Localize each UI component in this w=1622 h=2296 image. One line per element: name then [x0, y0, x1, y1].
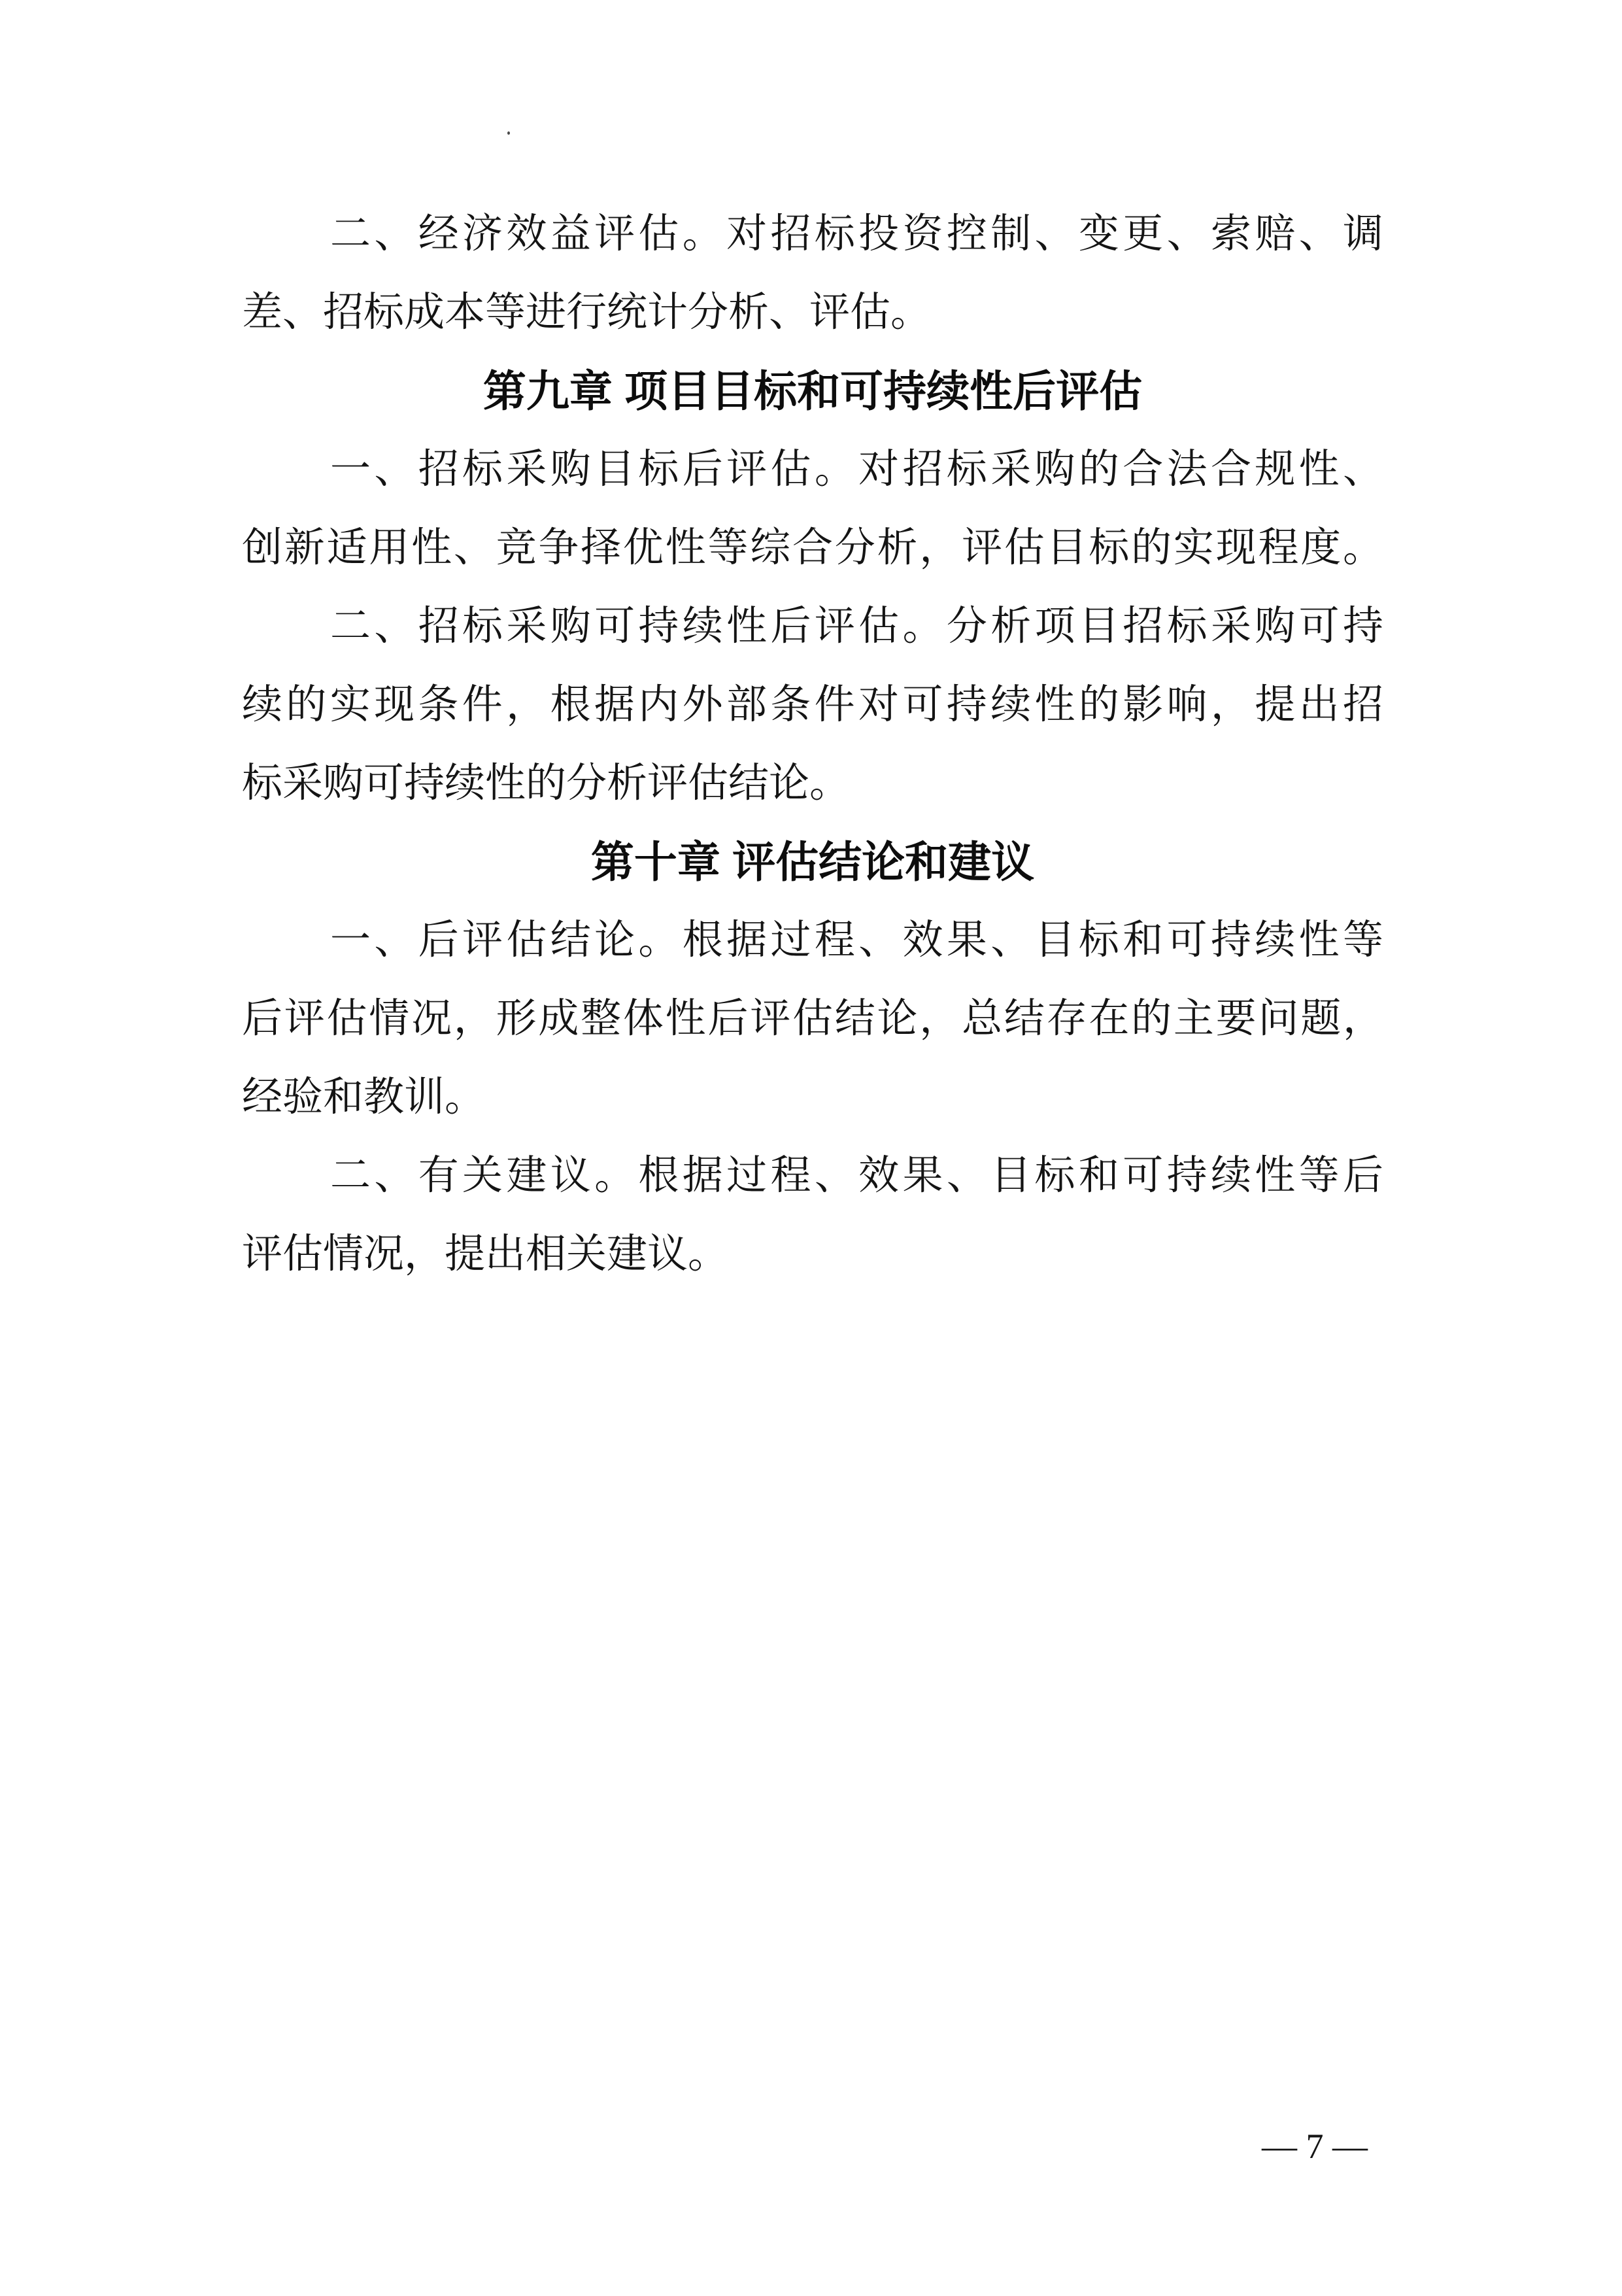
paragraph-line: 差、招标成本等进行统计分析、评估。	[242, 273, 1383, 352]
paragraph-line: 二、招标采购可持续性后评估。分析项目招标采购可持	[242, 587, 1383, 666]
paragraph-line: 标采购可持续性的分析评估结论。	[242, 744, 1383, 823]
paragraph-line: 二、经济效益评估。对招标投资控制、变更、索赔、调	[242, 195, 1383, 273]
scan-artifact-dot	[507, 131, 510, 135]
document-page: 二、经济效益评估。对招标投资控制、变更、索赔、调 差、招标成本等进行统计分析、评…	[0, 0, 1622, 2296]
paragraph-line: 评估情况，提出相关建议。	[242, 1215, 1383, 1294]
paragraph-line: 一、招标采购目标后评估。对招标采购的合法合规性、	[242, 430, 1383, 509]
paragraph-line: 二、有关建议。根据过程、效果、目标和可持续性等后	[242, 1137, 1383, 1215]
paragraph-line: 创新适用性、竞争择优性等综合分析，评估目标的实现程度。	[242, 509, 1383, 587]
chapter-heading-9: 第九章 项目目标和可持续性后评估	[242, 352, 1383, 430]
page-number: — 7 —	[1262, 2127, 1368, 2166]
paragraph-line: 后评估情况，形成整体性后评估结论，总结存在的主要问题，	[242, 980, 1383, 1058]
paragraph-line: 续的实现条件，根据内外部条件对可持续性的影响，提出招	[242, 666, 1383, 744]
chapter-heading-10: 第十章 评估结论和建议	[242, 823, 1383, 901]
page-body: 二、经济效益评估。对招标投资控制、变更、索赔、调 差、招标成本等进行统计分析、评…	[242, 195, 1383, 1294]
paragraph-line: 一、后评估结论。根据过程、效果、目标和可持续性等	[242, 901, 1383, 980]
paragraph-line: 经验和教训。	[242, 1058, 1383, 1137]
